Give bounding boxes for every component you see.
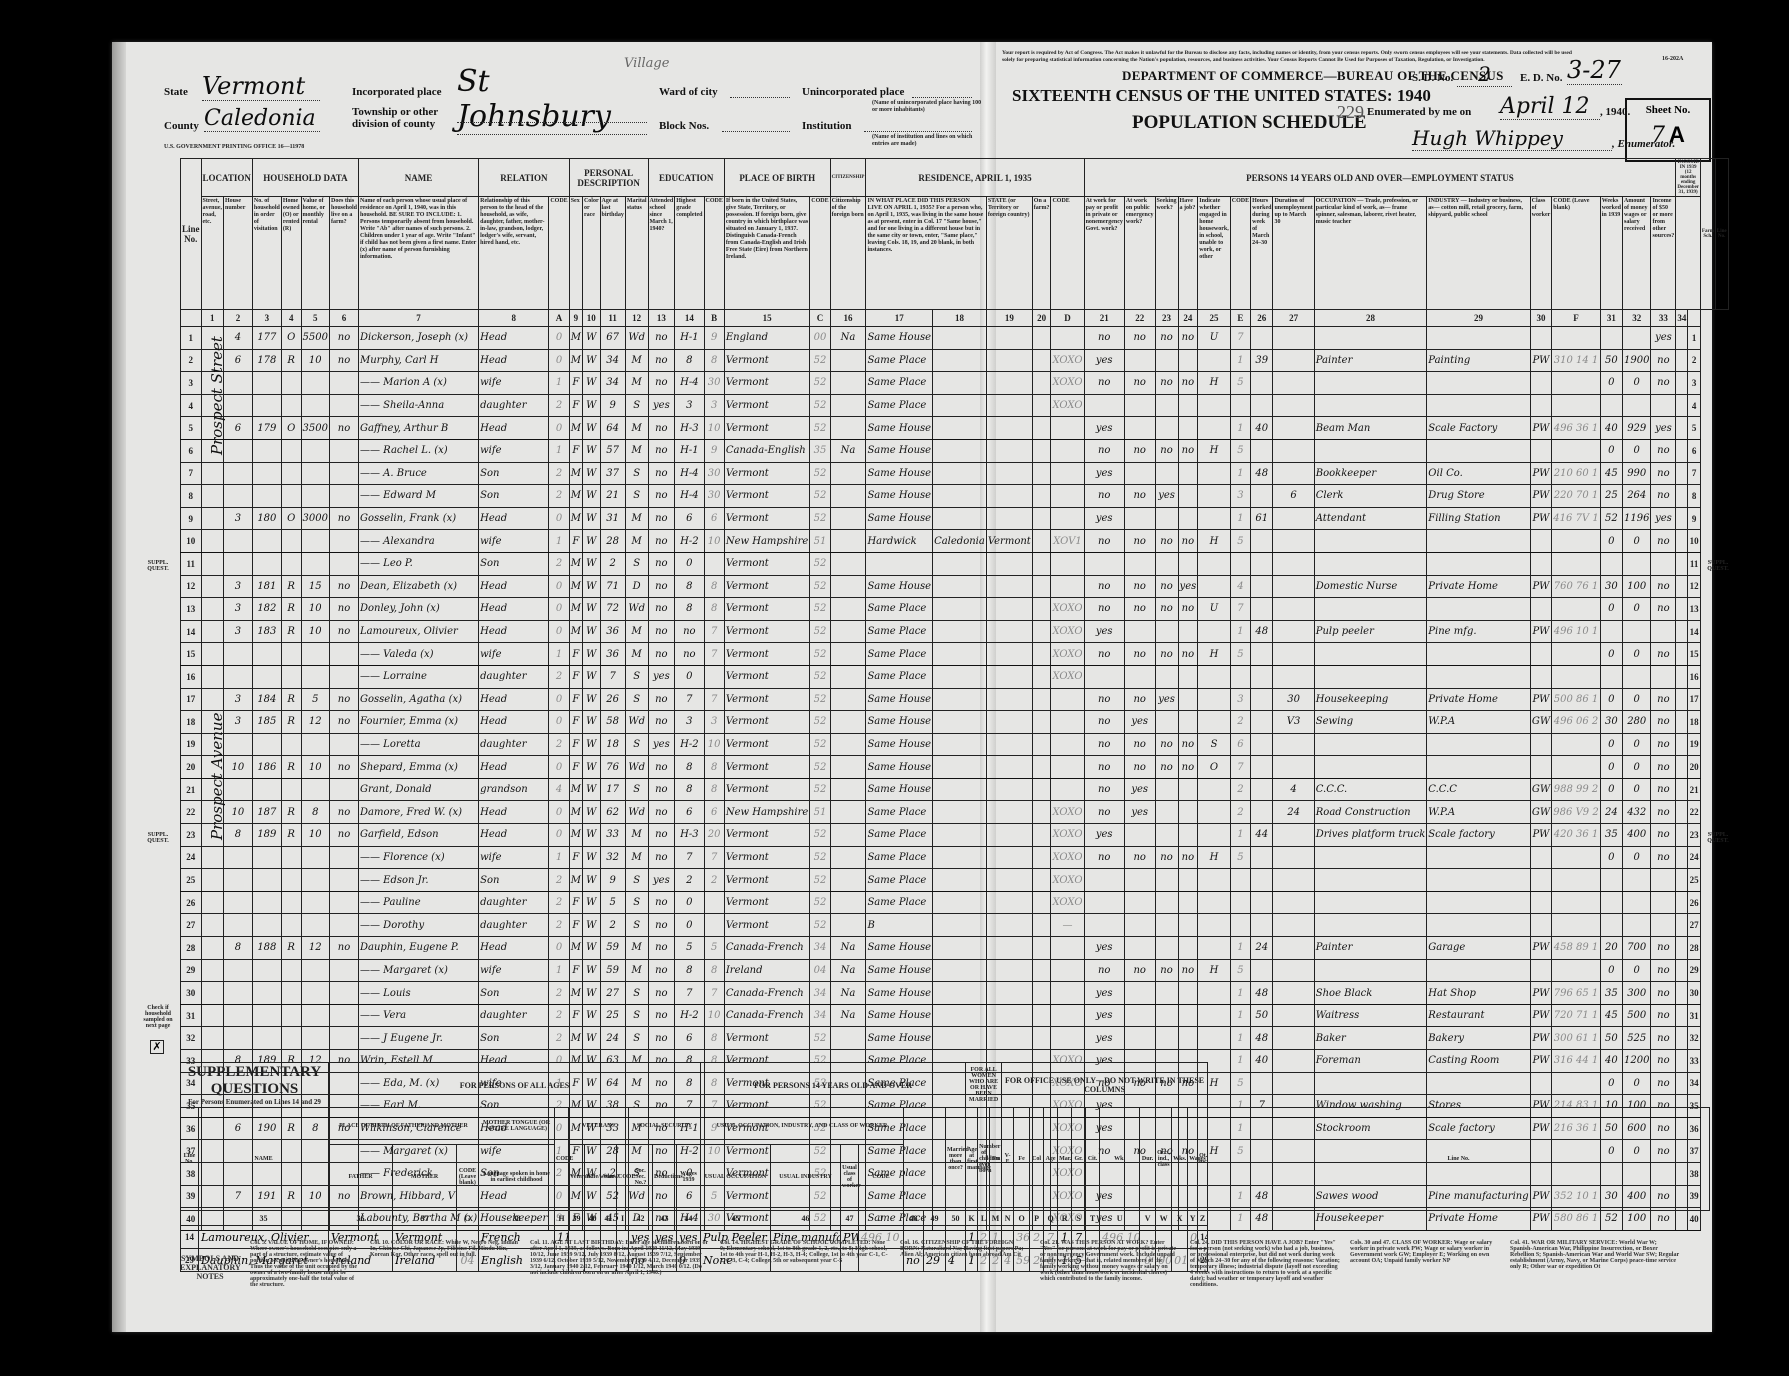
sex-cell[interactable]: F: [569, 394, 582, 417]
relation-cell[interactable]: Son: [479, 552, 549, 575]
on-farm-cell[interactable]: [329, 485, 358, 508]
occupation-cell[interactable]: [1314, 959, 1427, 982]
line-number-right-cell[interactable]: 28: [1688, 937, 1701, 960]
person-name-cell[interactable]: Fournier, Emma (x): [359, 711, 479, 734]
sex-cell[interactable]: F: [569, 733, 582, 756]
residence-1935-place-cell[interactable]: Same Place: [866, 394, 933, 417]
person-name-cell[interactable]: Damore, Fred W. (x): [359, 801, 479, 824]
class-of-worker-cell[interactable]: PW: [1530, 575, 1552, 598]
citizenship-cell[interactable]: [830, 733, 866, 756]
birthplace-cell[interactable]: Vermont: [724, 891, 809, 914]
marital-status-cell[interactable]: S: [625, 778, 648, 801]
farm-schedule-cell[interactable]: [1676, 711, 1688, 734]
age-cell[interactable]: 64: [600, 417, 625, 440]
have-job-cell[interactable]: [1178, 462, 1198, 485]
weeks-worked-1939-cell[interactable]: 0: [1600, 959, 1622, 982]
owned-rented-cell[interactable]: [281, 914, 301, 937]
highest-grade-cell[interactable]: H-1: [675, 439, 704, 462]
seeking-work-cell[interactable]: [1155, 824, 1178, 847]
farm-schedule-cell[interactable]: [1676, 1027, 1688, 1050]
line-number-right-cell[interactable]: 9: [1688, 507, 1701, 530]
street-cell[interactable]: [201, 665, 224, 688]
weeks-unemployed-cell[interactable]: [1273, 643, 1314, 666]
industry-cell[interactable]: [1427, 665, 1530, 688]
activity-cell[interactable]: [1198, 688, 1231, 711]
marital-status-cell[interactable]: Wd: [625, 756, 648, 779]
code-b-cell[interactable]: [704, 665, 724, 688]
marital-status-cell[interactable]: M: [625, 349, 648, 372]
home-value-cell[interactable]: [301, 982, 329, 1005]
weeks-worked-1939-cell[interactable]: [1600, 891, 1622, 914]
line-number-cell[interactable]: 30: [181, 982, 202, 1005]
wages-1939-cell[interactable]: [1623, 869, 1651, 892]
sex-cell[interactable]: F: [569, 846, 582, 869]
line-number-right-cell[interactable]: 10: [1688, 530, 1701, 553]
home-value-cell[interactable]: 10: [301, 598, 329, 621]
household-number-cell[interactable]: [252, 846, 281, 869]
code-b-cell[interactable]: 10: [704, 417, 724, 440]
seeking-work-cell[interactable]: [1155, 349, 1178, 372]
code-b-cell[interactable]: [704, 914, 724, 937]
citizenship-cell[interactable]: [830, 462, 866, 485]
line-number-right-cell[interactable]: 24: [1688, 846, 1701, 869]
birthplace-cell[interactable]: Ireland: [724, 959, 809, 982]
attended-school-cell[interactable]: no: [648, 349, 675, 372]
street-cell[interactable]: [201, 575, 224, 598]
residence-1935-farm-cell[interactable]: [1032, 801, 1051, 824]
person-name-cell[interactable]: Murphy, Carl H: [359, 349, 479, 372]
owned-rented-cell[interactable]: [281, 530, 301, 553]
farm-schedule-cell[interactable]: [1676, 417, 1688, 440]
occupation-cell[interactable]: Attendant: [1314, 507, 1427, 530]
residence-1935-farm-cell[interactable]: [1032, 1027, 1051, 1050]
on-farm-cell[interactable]: [329, 869, 358, 892]
line-number-right-cell[interactable]: 23: [1688, 824, 1701, 847]
line-number-cell[interactable]: 32: [181, 1027, 202, 1050]
owned-rented-cell[interactable]: [281, 1027, 301, 1050]
hours-worked-cell[interactable]: [1251, 846, 1273, 869]
code-a-cell[interactable]: 1: [549, 530, 569, 553]
residence-1935-state-cell[interactable]: [986, 394, 1032, 417]
residence-1935-place-cell[interactable]: Same House: [866, 1004, 933, 1027]
residence-1935-county-cell[interactable]: [933, 643, 987, 666]
citizenship-cell[interactable]: [830, 372, 866, 395]
residence-1935-county-cell[interactable]: [933, 688, 987, 711]
residence-1935-farm-cell[interactable]: [1032, 394, 1051, 417]
on-farm-cell[interactable]: [329, 665, 358, 688]
industry-cell[interactable]: Bakery: [1427, 1027, 1530, 1050]
code-c-cell[interactable]: 34: [810, 1004, 830, 1027]
residence-1935-farm-cell[interactable]: [1032, 462, 1051, 485]
class-of-worker-cell[interactable]: GW: [1530, 778, 1552, 801]
highest-grade-cell[interactable]: H-4: [675, 485, 704, 508]
code-f-cell[interactable]: [1552, 665, 1600, 688]
residence-1935-farm-cell[interactable]: [1032, 327, 1051, 350]
residence-1935-farm-cell[interactable]: [1032, 598, 1051, 621]
seeking-work-cell[interactable]: [1155, 914, 1178, 937]
attended-school-cell[interactable]: no: [648, 327, 675, 350]
line-number-cell[interactable]: 1: [181, 327, 202, 350]
emergency-work-cell[interactable]: no: [1124, 598, 1155, 621]
wages-1939-cell[interactable]: [1623, 914, 1651, 937]
attended-school-cell[interactable]: no: [648, 914, 675, 937]
household-number-cell[interactable]: 183: [252, 620, 281, 643]
residence-1935-county-cell[interactable]: [933, 982, 987, 1005]
weeks-worked-1939-cell[interactable]: 0: [1600, 688, 1622, 711]
have-job-cell[interactable]: [1178, 485, 1198, 508]
line-number-cell[interactable]: 7: [181, 462, 202, 485]
residence-1935-farm-cell[interactable]: [1032, 959, 1051, 982]
code-d-cell[interactable]: XOXO: [1051, 643, 1084, 666]
residence-1935-place-cell[interactable]: Same House: [866, 575, 933, 598]
farm-schedule-cell[interactable]: [1676, 778, 1688, 801]
relation-cell[interactable]: Son: [479, 982, 549, 1005]
emergency-work-cell[interactable]: yes: [1124, 801, 1155, 824]
relation-cell[interactable]: daughter: [479, 914, 549, 937]
at-work-cell[interactable]: yes: [1084, 417, 1124, 440]
code-a-cell[interactable]: 2: [549, 914, 569, 937]
code-e-cell[interactable]: 5: [1230, 372, 1250, 395]
highest-grade-cell[interactable]: 0: [675, 665, 704, 688]
household-number-cell[interactable]: [252, 982, 281, 1005]
code-c-cell[interactable]: 52: [810, 914, 830, 937]
residence-1935-state-cell[interactable]: [986, 643, 1032, 666]
age-cell[interactable]: 18: [600, 733, 625, 756]
on-farm-cell[interactable]: [329, 914, 358, 937]
weeks-worked-1939-cell[interactable]: [1600, 394, 1622, 417]
home-value-cell[interactable]: 3500: [301, 417, 329, 440]
seeking-work-cell[interactable]: [1155, 394, 1178, 417]
on-farm-cell[interactable]: no: [329, 711, 358, 734]
code-e-cell[interactable]: [1230, 665, 1250, 688]
highest-grade-cell[interactable]: 2: [675, 869, 704, 892]
industry-cell[interactable]: Private Home: [1427, 688, 1530, 711]
home-value-cell[interactable]: 12: [301, 937, 329, 960]
weeks-worked-1939-cell[interactable]: [1600, 869, 1622, 892]
at-work-cell[interactable]: [1084, 552, 1124, 575]
line-number-cell[interactable]: 8: [181, 485, 202, 508]
race-cell[interactable]: W: [582, 824, 600, 847]
residence-1935-place-cell[interactable]: Same House: [866, 756, 933, 779]
person-name-cell[interactable]: Dean, Elizabeth (x): [359, 575, 479, 598]
occupation-cell[interactable]: Sewing: [1314, 711, 1427, 734]
home-value-cell[interactable]: [301, 485, 329, 508]
code-c-cell[interactable]: 52: [810, 620, 830, 643]
person-name-cell[interactable]: —— Valeda (x): [359, 643, 479, 666]
code-c-cell[interactable]: 35: [810, 439, 830, 462]
relation-cell[interactable]: Head: [479, 327, 549, 350]
code-f-cell[interactable]: [1552, 846, 1600, 869]
line-number-right-cell[interactable]: 7: [1688, 462, 1701, 485]
have-job-cell[interactable]: no: [1178, 733, 1198, 756]
owned-rented-cell[interactable]: O: [281, 417, 301, 440]
race-cell[interactable]: W: [582, 891, 600, 914]
activity-cell[interactable]: [1198, 801, 1231, 824]
code-c-cell[interactable]: 04: [810, 959, 830, 982]
code-c-cell[interactable]: 52: [810, 756, 830, 779]
owned-rented-cell[interactable]: R: [281, 756, 301, 779]
hours-worked-cell[interactable]: [1251, 756, 1273, 779]
house-number-cell[interactable]: [224, 665, 253, 688]
code-b-cell[interactable]: 30: [704, 372, 724, 395]
residence-1935-place-cell[interactable]: Same House: [866, 937, 933, 960]
code-d-cell[interactable]: —: [1051, 914, 1084, 937]
street-cell[interactable]: [201, 643, 224, 666]
activity-cell[interactable]: [1198, 485, 1231, 508]
code-e-cell[interactable]: [1230, 869, 1250, 892]
birthplace-cell[interactable]: Vermont: [724, 552, 809, 575]
seeking-work-cell[interactable]: no: [1155, 598, 1178, 621]
seeking-work-cell[interactable]: [1155, 869, 1178, 892]
code-d-cell[interactable]: [1051, 327, 1084, 350]
at-work-cell[interactable]: no: [1084, 801, 1124, 824]
house-number-cell[interactable]: [224, 552, 253, 575]
code-d-cell[interactable]: XOXO: [1051, 801, 1084, 824]
highest-grade-cell[interactable]: 3: [675, 711, 704, 734]
sex-cell[interactable]: M: [569, 575, 582, 598]
citizenship-cell[interactable]: [830, 665, 866, 688]
owned-rented-cell[interactable]: R: [281, 711, 301, 734]
line-number-cell[interactable]: 21: [181, 778, 202, 801]
residence-1935-county-cell[interactable]: [933, 620, 987, 643]
code-c-cell[interactable]: 52: [810, 688, 830, 711]
code-e-cell[interactable]: 1: [1230, 1004, 1250, 1027]
birthplace-cell[interactable]: England: [724, 327, 809, 350]
line-number-right-cell[interactable]: 8: [1688, 485, 1701, 508]
attended-school-cell[interactable]: no: [648, 620, 675, 643]
age-cell[interactable]: 28: [600, 530, 625, 553]
code-d-cell[interactable]: [1051, 485, 1084, 508]
seeking-work-cell[interactable]: no: [1155, 575, 1178, 598]
seeking-work-cell[interactable]: no: [1155, 733, 1178, 756]
owned-rented-cell[interactable]: [281, 462, 301, 485]
code-c-cell[interactable]: 51: [810, 530, 830, 553]
on-farm-cell[interactable]: [329, 959, 358, 982]
occupation-cell[interactable]: [1314, 665, 1427, 688]
line-number-right-cell[interactable]: 25: [1688, 869, 1701, 892]
house-number-cell[interactable]: 3: [224, 711, 253, 734]
farm-schedule-cell[interactable]: [1676, 824, 1688, 847]
at-work-cell[interactable]: [1084, 394, 1124, 417]
code-a-cell[interactable]: 0: [549, 711, 569, 734]
birthplace-cell[interactable]: Vermont: [724, 756, 809, 779]
line-number-cell[interactable]: 6: [181, 439, 202, 462]
owned-rented-cell[interactable]: [281, 552, 301, 575]
code-c-cell[interactable]: 52: [810, 598, 830, 621]
home-value-cell[interactable]: 5: [301, 688, 329, 711]
line-number-right-cell[interactable]: 14: [1688, 620, 1701, 643]
code-a-cell[interactable]: 0: [549, 688, 569, 711]
line-number-cell[interactable]: 13: [181, 598, 202, 621]
residence-1935-state-cell[interactable]: [986, 846, 1032, 869]
person-name-cell[interactable]: —— Florence (x): [359, 846, 479, 869]
code-f-cell[interactable]: [1552, 959, 1600, 982]
person-name-cell[interactable]: —— Louis: [359, 982, 479, 1005]
home-value-cell[interactable]: [301, 439, 329, 462]
other-income-cell[interactable]: [1651, 394, 1676, 417]
farm-schedule-cell[interactable]: [1676, 982, 1688, 1005]
weeks-worked-1939-cell[interactable]: 30: [1600, 711, 1622, 734]
relation-cell[interactable]: Head: [479, 801, 549, 824]
home-value-cell[interactable]: [301, 665, 329, 688]
line-number-right-cell[interactable]: 26: [1688, 891, 1701, 914]
weeks-unemployed-cell[interactable]: 24: [1273, 801, 1314, 824]
highest-grade-cell[interactable]: 8: [675, 959, 704, 982]
relation-cell[interactable]: wife: [479, 643, 549, 666]
farm-schedule-cell[interactable]: [1676, 598, 1688, 621]
line-number-cell[interactable]: 18: [181, 711, 202, 734]
emergency-work-cell[interactable]: no: [1124, 643, 1155, 666]
code-b-cell[interactable]: 8: [704, 756, 724, 779]
weeks-worked-1939-cell[interactable]: 45: [1600, 462, 1622, 485]
attended-school-cell[interactable]: no: [648, 643, 675, 666]
have-job-cell[interactable]: [1178, 417, 1198, 440]
have-job-cell[interactable]: no: [1178, 372, 1198, 395]
marital-status-cell[interactable]: S: [625, 982, 648, 1005]
residence-1935-farm-cell[interactable]: [1032, 665, 1051, 688]
industry-cell[interactable]: Garage: [1427, 937, 1530, 960]
birthplace-cell[interactable]: Vermont: [724, 665, 809, 688]
person-name-cell[interactable]: Dauphin, Eugene P.: [359, 937, 479, 960]
wages-1939-cell[interactable]: 1196: [1623, 507, 1651, 530]
race-cell[interactable]: W: [582, 575, 600, 598]
seeking-work-cell[interactable]: no: [1155, 846, 1178, 869]
house-number-cell[interactable]: 6: [224, 417, 253, 440]
code-a-cell[interactable]: 0: [549, 937, 569, 960]
occupation-cell[interactable]: Housekeeping: [1314, 688, 1427, 711]
emergency-work-cell[interactable]: no: [1124, 485, 1155, 508]
code-a-cell[interactable]: 2: [549, 891, 569, 914]
code-a-cell[interactable]: 0: [549, 575, 569, 598]
code-d-cell[interactable]: XOXO: [1051, 846, 1084, 869]
activity-cell[interactable]: H: [1198, 846, 1231, 869]
code-a-cell[interactable]: 0: [549, 598, 569, 621]
hours-worked-cell[interactable]: 48: [1251, 462, 1273, 485]
code-e-cell[interactable]: 1: [1230, 824, 1250, 847]
on-farm-cell[interactable]: no: [329, 417, 358, 440]
marital-status-cell[interactable]: Wd: [625, 801, 648, 824]
industry-cell[interactable]: [1427, 530, 1530, 553]
other-income-cell[interactable]: no: [1651, 372, 1676, 395]
occupation-cell[interactable]: [1314, 598, 1427, 621]
citizenship-cell[interactable]: [830, 1027, 866, 1050]
birthplace-cell[interactable]: Canada-French: [724, 982, 809, 1005]
emergency-work-cell[interactable]: no: [1124, 327, 1155, 350]
at-work-cell[interactable]: yes: [1084, 824, 1124, 847]
owned-rented-cell[interactable]: R: [281, 575, 301, 598]
line-number-right-cell[interactable]: 31: [1688, 1004, 1701, 1027]
weeks-worked-1939-cell[interactable]: 0: [1600, 643, 1622, 666]
code-f-cell[interactable]: [1552, 394, 1600, 417]
marital-status-cell[interactable]: S: [625, 869, 648, 892]
industry-cell[interactable]: Scale Factory: [1427, 417, 1530, 440]
code-d-cell[interactable]: [1051, 575, 1084, 598]
birthplace-cell[interactable]: Vermont: [724, 846, 809, 869]
relation-cell[interactable]: daughter: [479, 1004, 549, 1027]
code-c-cell[interactable]: 52: [810, 462, 830, 485]
residence-1935-state-cell[interactable]: [986, 982, 1032, 1005]
code-a-cell[interactable]: 0: [549, 756, 569, 779]
wages-1939-cell[interactable]: [1623, 327, 1651, 350]
sex-cell[interactable]: F: [569, 1004, 582, 1027]
marital-status-cell[interactable]: Wd: [625, 327, 648, 350]
residence-1935-place-cell[interactable]: Same House: [866, 959, 933, 982]
residence-1935-state-cell[interactable]: [986, 711, 1032, 734]
hours-worked-cell[interactable]: 48: [1251, 1027, 1273, 1050]
sex-cell[interactable]: F: [569, 688, 582, 711]
weeks-unemployed-cell[interactable]: [1273, 824, 1314, 847]
seeking-work-cell[interactable]: no: [1155, 372, 1178, 395]
owned-rented-cell[interactable]: [281, 1004, 301, 1027]
industry-cell[interactable]: [1427, 372, 1530, 395]
street-cell[interactable]: [201, 530, 224, 553]
activity-cell[interactable]: [1198, 1027, 1231, 1050]
attended-school-cell[interactable]: no: [648, 824, 675, 847]
code-a-cell[interactable]: 2: [549, 869, 569, 892]
code-d-cell[interactable]: [1051, 711, 1084, 734]
weeks-unemployed-cell[interactable]: [1273, 982, 1314, 1005]
other-income-cell[interactable]: no: [1651, 1004, 1676, 1027]
relation-cell[interactable]: wife: [479, 439, 549, 462]
home-value-cell[interactable]: 10: [301, 349, 329, 372]
relation-cell[interactable]: daughter: [479, 665, 549, 688]
age-cell[interactable]: 5: [600, 891, 625, 914]
code-b-cell[interactable]: 7: [704, 846, 724, 869]
occupation-cell[interactable]: Pulp peeler: [1314, 620, 1427, 643]
code-d-cell[interactable]: [1051, 417, 1084, 440]
marital-status-cell[interactable]: M: [625, 372, 648, 395]
code-d-cell[interactable]: [1051, 507, 1084, 530]
house-number-cell[interactable]: 8: [224, 937, 253, 960]
birthplace-cell[interactable]: Vermont: [724, 575, 809, 598]
at-work-cell[interactable]: no: [1084, 372, 1124, 395]
attended-school-cell[interactable]: no: [648, 552, 675, 575]
code-b-cell[interactable]: 30: [704, 485, 724, 508]
activity-cell[interactable]: [1198, 417, 1231, 440]
other-income-cell[interactable]: [1651, 914, 1676, 937]
home-value-cell[interactable]: [301, 394, 329, 417]
home-value-cell[interactable]: 3000: [301, 507, 329, 530]
code-e-cell[interactable]: 3: [1230, 485, 1250, 508]
attended-school-cell[interactable]: no: [648, 937, 675, 960]
code-b-cell[interactable]: 6: [704, 507, 724, 530]
code-d-cell[interactable]: XOXO: [1051, 372, 1084, 395]
race-cell[interactable]: W: [582, 598, 600, 621]
person-name-cell[interactable]: Dickerson, Joseph (x): [359, 327, 479, 350]
at-work-cell[interactable]: [1084, 891, 1124, 914]
highest-grade-cell[interactable]: 7: [675, 846, 704, 869]
code-a-cell[interactable]: 2: [549, 485, 569, 508]
have-job-cell[interactable]: no: [1178, 530, 1198, 553]
age-cell[interactable]: 7: [600, 665, 625, 688]
birthplace-cell[interactable]: Vermont: [724, 349, 809, 372]
code-e-cell[interactable]: 5: [1230, 959, 1250, 982]
occupation-cell[interactable]: C.C.C.: [1314, 778, 1427, 801]
marital-status-cell[interactable]: M: [625, 620, 648, 643]
marital-status-cell[interactable]: S: [625, 1027, 648, 1050]
at-work-cell[interactable]: no: [1084, 485, 1124, 508]
wages-1939-cell[interactable]: 432: [1623, 801, 1651, 824]
code-c-cell[interactable]: 52: [810, 846, 830, 869]
race-cell[interactable]: W: [582, 417, 600, 440]
attended-school-cell[interactable]: no: [648, 756, 675, 779]
highest-grade-cell[interactable]: 7: [675, 688, 704, 711]
person-name-cell[interactable]: —— Alexandra: [359, 530, 479, 553]
code-e-cell[interactable]: 2: [1230, 801, 1250, 824]
citizenship-cell[interactable]: Na: [830, 959, 866, 982]
residence-1935-state-cell[interactable]: [986, 756, 1032, 779]
activity-cell[interactable]: [1198, 1004, 1231, 1027]
